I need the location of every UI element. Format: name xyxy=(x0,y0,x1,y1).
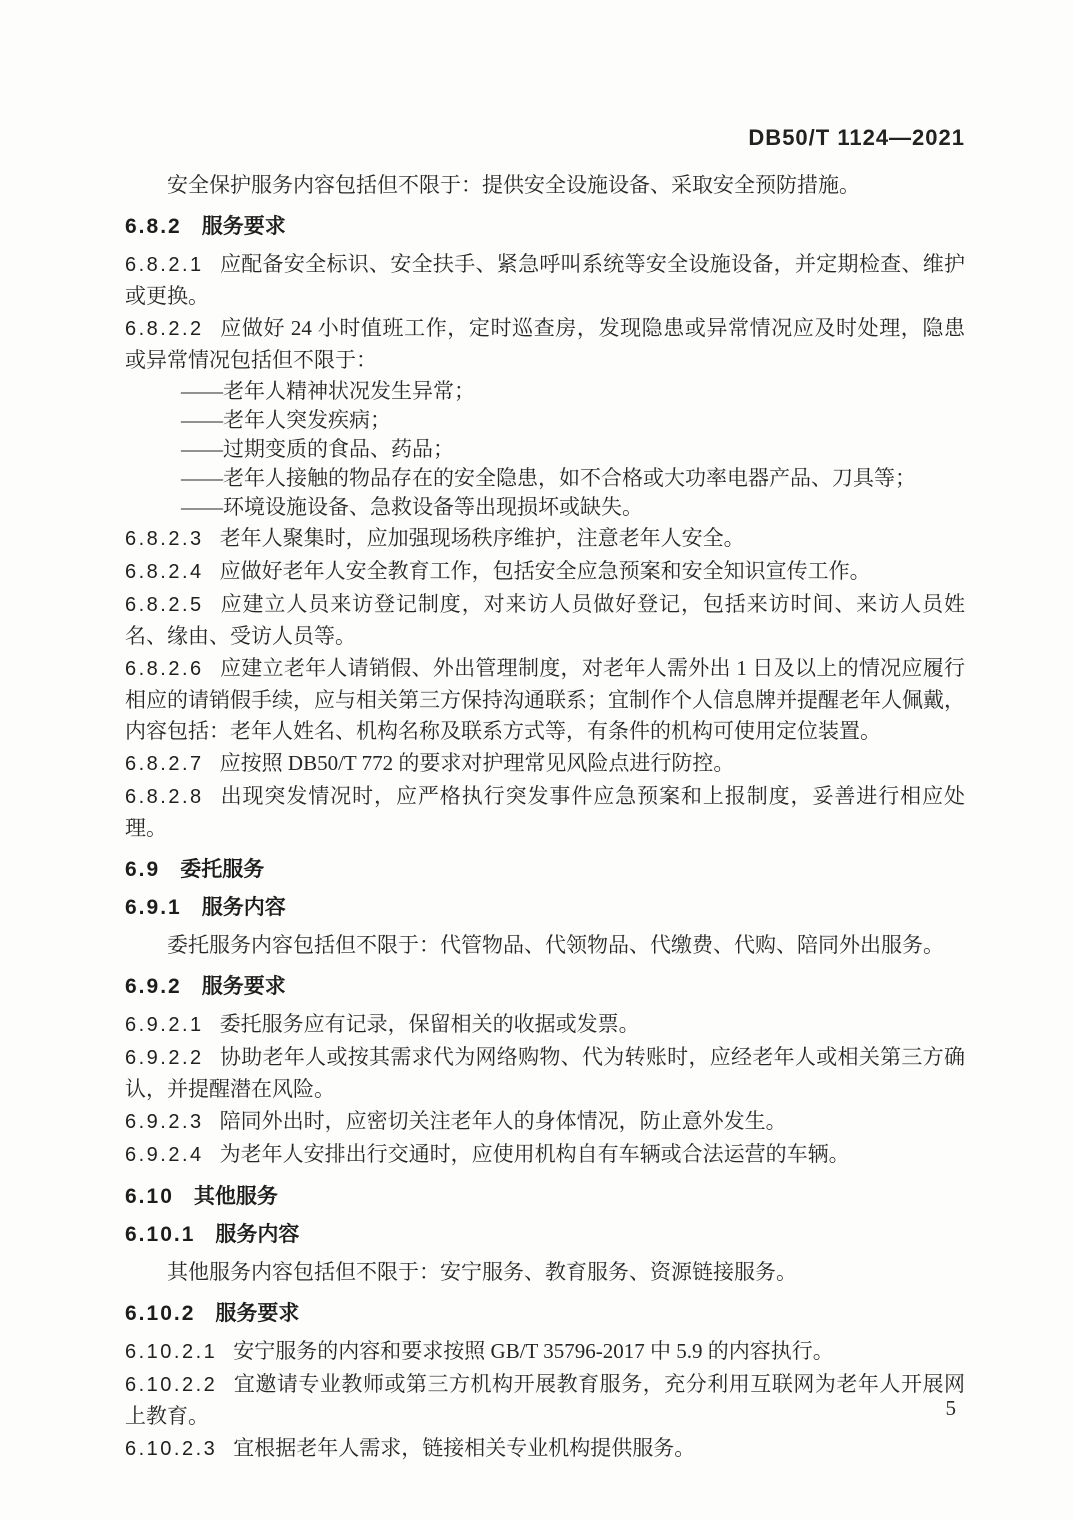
dash-mark: —— xyxy=(181,408,223,432)
paragraph-text: 安全保护服务内容包括但不限于：提供安全设施设备、采取安全预防措施。 xyxy=(167,173,860,197)
section-number: 6.10.2 xyxy=(125,1302,195,1325)
clause-number: 6.10.2.2 xyxy=(125,1374,217,1396)
section-heading: 6.10.1服务内容 xyxy=(125,1223,965,1247)
section-heading: 6.10.2服务要求 xyxy=(125,1302,965,1326)
dash-list-item: ——环境设施设备、急救设备等出现损坏或缺失。 xyxy=(125,493,965,522)
clause: 6.8.2.5应建立人员来访登记制度，对来访人员做好登记，包括来访时间、来访人员… xyxy=(125,589,965,652)
clause-number: 6.8.2.6 xyxy=(125,658,204,680)
section-number: 6.10 xyxy=(125,1185,174,1208)
section-heading: 6.9.1服务内容 xyxy=(125,896,965,920)
paragraph-text: 其他服务内容包括但不限于：安宁服务、教育服务、资源链接服务。 xyxy=(167,1260,797,1284)
clause: 6.8.2.3老年人聚集时，应加强现场秩序维护，注意老年人安全。 xyxy=(125,523,965,555)
clause-text: 协助老年人或按其需求代为网络购物、代为转账时，应经老年人或相关第三方确认，并提醒… xyxy=(125,1045,965,1101)
section-title: 委托服务 xyxy=(180,858,264,881)
document-body: 安全保护服务内容包括但不限于：提供安全设施设备、采取安全预防措施。6.8.2服务… xyxy=(0,170,1074,1465)
clause-text: 应做好 24 小时值班工作，定时巡查房，发现隐患或异常情况应及时处理，隐患或异常… xyxy=(125,316,965,372)
clause: 6.8.2.4应做好老年人安全教育工作，包括安全应急预案和安全知识宣传工作。 xyxy=(125,556,965,588)
clause: 6.8.2.6应建立老年人请销假、外出管理制度，对老年人需外出 1 日及以上的情… xyxy=(125,653,965,747)
clause-text: 应配备安全标识、安全扶手、紧急呼叫系统等安全设施设备，并定期检查、维护或更换。 xyxy=(125,252,965,308)
dash-mark: —— xyxy=(181,437,223,461)
clause-number: 6.9.2.4 xyxy=(125,1144,204,1166)
section-title: 服务要求 xyxy=(215,1302,299,1325)
clause: 6.9.2.1委托服务应有记录，保留相关的收据或发票。 xyxy=(125,1009,965,1041)
clause-number: 6.8.2.2 xyxy=(125,318,204,340)
clause-text: 陪同外出时，应密切关注老年人的身体情况，防止意外发生。 xyxy=(220,1109,787,1133)
clause-number: 6.10.2.3 xyxy=(125,1438,217,1460)
clause-text: 为老年人安排出行交通时，应使用机构自有车辆或合法运营的车辆。 xyxy=(220,1142,850,1166)
paragraph-text: 委托服务内容包括但不限于：代管物品、代领物品、代缴费、代购、陪同外出服务。 xyxy=(167,933,944,957)
clause-text: 应按照 DB50/T 772 的要求对护理常见风险点进行防控。 xyxy=(220,751,735,775)
clause: 6.8.2.8出现突发情况时，应严格执行突发事件应急预案和上报制度，妥善进行相应… xyxy=(125,781,965,844)
clause-number: 6.9.2.1 xyxy=(125,1014,204,1036)
clause-number: 6.8.2.4 xyxy=(125,561,204,583)
dash-list-item: ——老年人精神状况发生异常； xyxy=(125,377,965,406)
paragraph: 其他服务内容包括但不限于：安宁服务、教育服务、资源链接服务。 xyxy=(125,1257,965,1288)
paragraph: 安全保护服务内容包括但不限于：提供安全设施设备、采取安全预防措施。 xyxy=(125,170,965,201)
clause: 6.10.2.3宜根据老年人需求，链接相关专业机构提供服务。 xyxy=(125,1433,965,1465)
clause-number: 6.8.2.3 xyxy=(125,528,204,550)
section-title: 服务要求 xyxy=(202,215,286,238)
section-heading: 6.9.2服务要求 xyxy=(125,975,965,999)
dash-mark: —— xyxy=(181,495,223,519)
dash-item-text: 老年人精神状况发生异常； xyxy=(223,379,475,403)
dash-list-item: ——老年人突发疾病； xyxy=(125,406,965,435)
dash-item-text: 环境设施设备、急救设备等出现损坏或缺失。 xyxy=(223,495,643,519)
clause: 6.8.2.7应按照 DB50/T 772 的要求对护理常见风险点进行防控。 xyxy=(125,748,965,780)
section-number: 6.9 xyxy=(125,858,160,881)
section-heading: 6.9委托服务 xyxy=(125,858,965,882)
section-number: 6.9.1 xyxy=(125,896,182,919)
section-number: 6.9.2 xyxy=(125,975,182,998)
page-header: DB50/T 1124—2021 xyxy=(0,0,1074,150)
clause-text: 安宁服务的内容和要求按照 GB/T 35796-2017 中 5.9 的内容执行… xyxy=(233,1339,833,1363)
clause-text: 委托服务应有记录，保留相关的收据或发票。 xyxy=(220,1012,640,1036)
clause-number: 6.8.2.5 xyxy=(125,594,204,616)
clause-number: 6.8.2.8 xyxy=(125,786,204,808)
section-title: 服务内容 xyxy=(202,896,286,919)
clause-number: 6.9.2.2 xyxy=(125,1047,204,1069)
clause-text: 应建立人员来访登记制度，对来访人员做好登记，包括来访时间、来访人员姓名、缘由、受… xyxy=(125,592,965,648)
clause-number: 6.10.2.1 xyxy=(125,1341,217,1363)
page-number: 5 xyxy=(946,1396,957,1420)
clause-number: 6.9.2.3 xyxy=(125,1111,204,1133)
clause-text: 出现突发情况时，应严格执行突发事件应急预案和上报制度，妥善进行相应处理。 xyxy=(125,784,965,840)
dash-list-item: ——过期变质的食品、药品； xyxy=(125,435,965,464)
clause: 6.8.2.2应做好 24 小时值班工作，定时巡查房，发现隐患或异常情况应及时处… xyxy=(125,313,965,376)
clause: 6.10.2.2宜邀请专业教师或第三方机构开展教育服务，充分利用互联网为老年人开… xyxy=(125,1369,965,1432)
clause-text: 应建立老年人请销假、外出管理制度，对老年人需外出 1 日及以上的情况应履行相应的… xyxy=(125,656,965,743)
paragraph: 委托服务内容包括但不限于：代管物品、代领物品、代缴费、代购、陪同外出服务。 xyxy=(125,930,965,961)
clause-text: 老年人聚集时，应加强现场秩序维护，注意老年人安全。 xyxy=(220,526,745,550)
clause: 6.8.2.1应配备安全标识、安全扶手、紧急呼叫系统等安全设施设备，并定期检查、… xyxy=(125,249,965,312)
dash-item-text: 老年人接触的物品存在的安全隐患，如不合格或大功率电器产品、刀具等； xyxy=(223,466,916,490)
clause-number: 6.8.2.1 xyxy=(125,254,204,276)
clause: 6.9.2.2协助老年人或按其需求代为网络购物、代为转账时，应经老年人或相关第三… xyxy=(125,1042,965,1105)
clause: 6.10.2.1安宁服务的内容和要求按照 GB/T 35796-2017 中 5… xyxy=(125,1336,965,1368)
clause-text: 宜根据老年人需求，链接相关专业机构提供服务。 xyxy=(233,1436,695,1460)
doc-number: DB50/T 1124—2021 xyxy=(748,125,965,150)
section-number: 6.10.1 xyxy=(125,1223,195,1246)
clause-text: 应做好老年人安全教育工作，包括安全应急预案和安全知识宣传工作。 xyxy=(220,559,871,583)
clause: 6.9.2.3陪同外出时，应密切关注老年人的身体情况，防止意外发生。 xyxy=(125,1106,965,1138)
dash-mark: —— xyxy=(181,466,223,490)
dash-list-item: ——老年人接触的物品存在的安全隐患，如不合格或大功率电器产品、刀具等； xyxy=(125,464,965,493)
page-footer: 5 xyxy=(946,1396,957,1421)
clause-text: 宜邀请专业教师或第三方机构开展教育服务，充分利用互联网为老年人开展网上教育。 xyxy=(125,1372,965,1428)
section-title: 其他服务 xyxy=(194,1185,278,1208)
dash-mark: —— xyxy=(181,379,223,403)
clause-number: 6.8.2.7 xyxy=(125,753,204,775)
dash-item-text: 老年人突发疾病； xyxy=(223,408,391,432)
section-number: 6.8.2 xyxy=(125,215,182,238)
section-title: 服务内容 xyxy=(215,1223,299,1246)
document-page: DB50/T 1124—2021 安全保护服务内容包括但不限于：提供安全设施设备… xyxy=(0,0,1074,1520)
section-heading: 6.10其他服务 xyxy=(125,1185,965,1209)
clause: 6.9.2.4为老年人安排出行交通时，应使用机构自有车辆或合法运营的车辆。 xyxy=(125,1139,965,1171)
section-title: 服务要求 xyxy=(202,975,286,998)
dash-item-text: 过期变质的食品、药品； xyxy=(223,437,454,461)
section-heading: 6.8.2服务要求 xyxy=(125,215,965,239)
